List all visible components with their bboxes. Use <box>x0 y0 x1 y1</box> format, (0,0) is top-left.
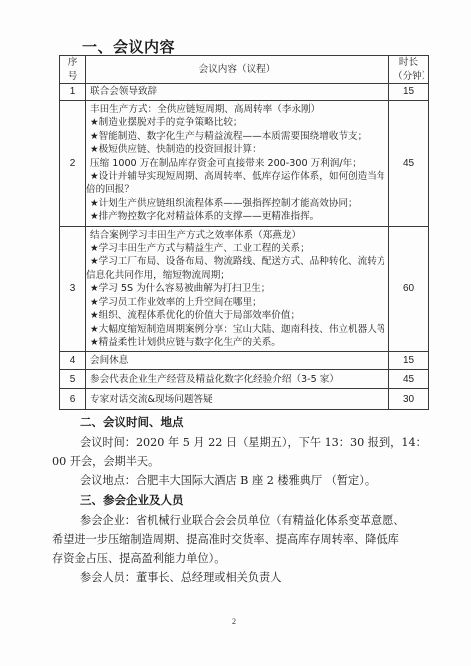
row-content: 参会代表企业生产经营及精益化数字化经验介绍（3-5 家） <box>86 370 389 389</box>
table-row: 2 丰田生产方式：全供应链短周期、高周转率（李永刚） ★制造业摆脱对手的竞争策略… <box>60 101 429 227</box>
row-content: 联合会领导致辞 <box>86 84 389 101</box>
content-line: 压缩 1000 万在制品库存资金可直接带来 200-300 万利润/年； <box>90 157 384 170</box>
header-content: 会议内容（议程） <box>86 56 389 84</box>
header-seq: 序号 <box>60 56 86 84</box>
section-heading-agenda: 一、会议内容 <box>82 36 175 57</box>
content-line: 会间休息 <box>90 354 384 367</box>
content-line: ★智能制造、数字化生产与精益流程——本质需要围绕增收节支； <box>90 130 384 143</box>
content-line: ★精益柔性计划供应链与数字化生产的关系。 <box>90 336 384 349</box>
content-line: 参会代表企业生产经营及精益化数字化经验介绍（3-5 家） <box>90 373 384 386</box>
content-line: ★学习 5S 为什么容易被曲解为打扫卫生； <box>90 282 384 295</box>
row-seq: 5 <box>60 370 86 389</box>
content-line: ★制造业摆脱对手的竞争策略比较； <box>90 116 384 129</box>
content-line: ★大幅度缩短制造周期案例分享：宝山大陆、迦南科技、伟立机器人等； <box>90 323 384 336</box>
row-duration: 45 <box>389 101 429 227</box>
content-line: ★排产物控数字化对精益体系的支撑——更精准指挥。 <box>90 210 384 223</box>
table-row: 4 会间休息 15 <box>60 352 429 370</box>
meeting-location: 会议地点：合肥丰大国际大酒店 B 座 2 楼雅典厅 （暂定）。 <box>52 471 432 490</box>
header-duration: 时长 （分钟） <box>389 56 429 84</box>
table-row: 6 专家对话交流&现场问题答疑 30 <box>60 389 429 410</box>
content-line: ★学习工厂布局、设备布局、物流路线、配送方式、品种转化、流转方式与 <box>90 255 384 268</box>
companies-line3: 存资金占压、提高盈利能力单位）。 <box>52 549 432 568</box>
meeting-time-line2: 00 开会，会期半天。 <box>52 452 432 471</box>
content-line: ★设计并辅导实现短周期、高周转率、低库存运作体系，如何创造当年 6-8 <box>90 170 384 183</box>
row-seq: 3 <box>60 226 86 352</box>
table-header-row: 序号 会议内容（议程） 时长 （分钟） <box>60 56 429 84</box>
content-line: 倍的回报？ <box>86 183 384 196</box>
content-line: ★学习员工作业效率的上升空间在哪里； <box>90 296 384 309</box>
attendees-paragraph: 参会企业：省机械行业联合会会员单位（有精益化体系变革意愿、 希望进一步压缩制造周… <box>52 511 432 587</box>
row-content: 会间休息 <box>86 352 389 370</box>
content-line: 丰田生产方式：全供应链短周期、高周转率（李永刚） <box>90 103 384 116</box>
row-duration: 15 <box>389 84 429 101</box>
row-content: 专家对话交流&现场问题答疑 <box>86 389 389 410</box>
content-line: ★极短供应链、快制造的投资回报计算： <box>90 143 384 156</box>
table-row: 1 联合会领导致辞 15 <box>60 84 429 101</box>
row-seq: 6 <box>60 389 86 410</box>
content-line: ★组织、流程体系优化的价值大于局部效率价值； <box>90 309 384 322</box>
content-line: 专家对话交流&现场问题答疑 <box>90 393 384 406</box>
row-content: 丰田生产方式：全供应链短周期、高周转率（李永刚） ★制造业摆脱对手的竞争策略比较… <box>86 101 389 227</box>
header-duration-line1: 时长 <box>393 56 424 69</box>
companies-line1: 参会企业：省机械行业联合会会员单位（有精益化体系变革意愿、 <box>52 511 432 530</box>
table-row: 5 参会代表企业生产经营及精益化数字化经验介绍（3-5 家） 45 <box>60 370 429 389</box>
companies-line2: 希望进一步压缩制造周期、提高准时交货率、提高库存周转率、降低库 <box>52 530 432 549</box>
row-duration: 60 <box>389 226 429 352</box>
page-number: 2 <box>232 617 236 626</box>
content-line: ★学习丰田生产方式与精益生产、工业工程的关系； <box>90 242 384 255</box>
content-line: ★计划生产供应链组织流程体系——强指挥控制才能高效协同； <box>90 197 384 210</box>
row-seq: 2 <box>60 101 86 227</box>
content-line: 联合会领导致辞 <box>90 85 384 98</box>
row-content: 结合案例学习丰田生产方式之效率体系（郑燕龙） ★学习丰田生产方式与精益生产、工业… <box>86 226 389 352</box>
row-duration: 15 <box>389 352 429 370</box>
row-duration: 30 <box>389 389 429 410</box>
content-line: 结合案例学习丰田生产方式之效率体系（郑燕龙） <box>90 229 384 242</box>
content-line: 信息化共同作用，缩短物流周期； <box>86 269 384 282</box>
agenda-table: 序号 会议内容（议程） 时长 （分钟） 1 联合会领导致辞 15 2 丰田生产方… <box>59 55 429 410</box>
section-heading-attendees: 三、参会企业及人员 <box>80 492 184 508</box>
document-page: 一、会议内容 序号 会议内容（议程） 时长 （分钟） 1 联合会领导致辞 15 … <box>0 0 471 666</box>
header-duration-line2: （分钟） <box>393 70 424 83</box>
row-seq: 1 <box>60 84 86 101</box>
meeting-time-line1: 会议时间：2020 年 5 月 22 日（星期五），下午 13：30 报到，14… <box>52 433 432 452</box>
row-seq: 4 <box>60 352 86 370</box>
table-row: 3 结合案例学习丰田生产方式之效率体系（郑燕龙） ★学习丰田生产方式与精益生产、… <box>60 226 429 352</box>
row-duration: 45 <box>389 370 429 389</box>
attendees-line: 参会人员：董事长、总经理或相关负责人 <box>52 568 432 587</box>
meeting-time-paragraph: 会议时间：2020 年 5 月 22 日（星期五），下午 13：30 报到，14… <box>52 433 432 490</box>
section-heading-time-location: 二、会议时间、地点 <box>80 414 184 430</box>
